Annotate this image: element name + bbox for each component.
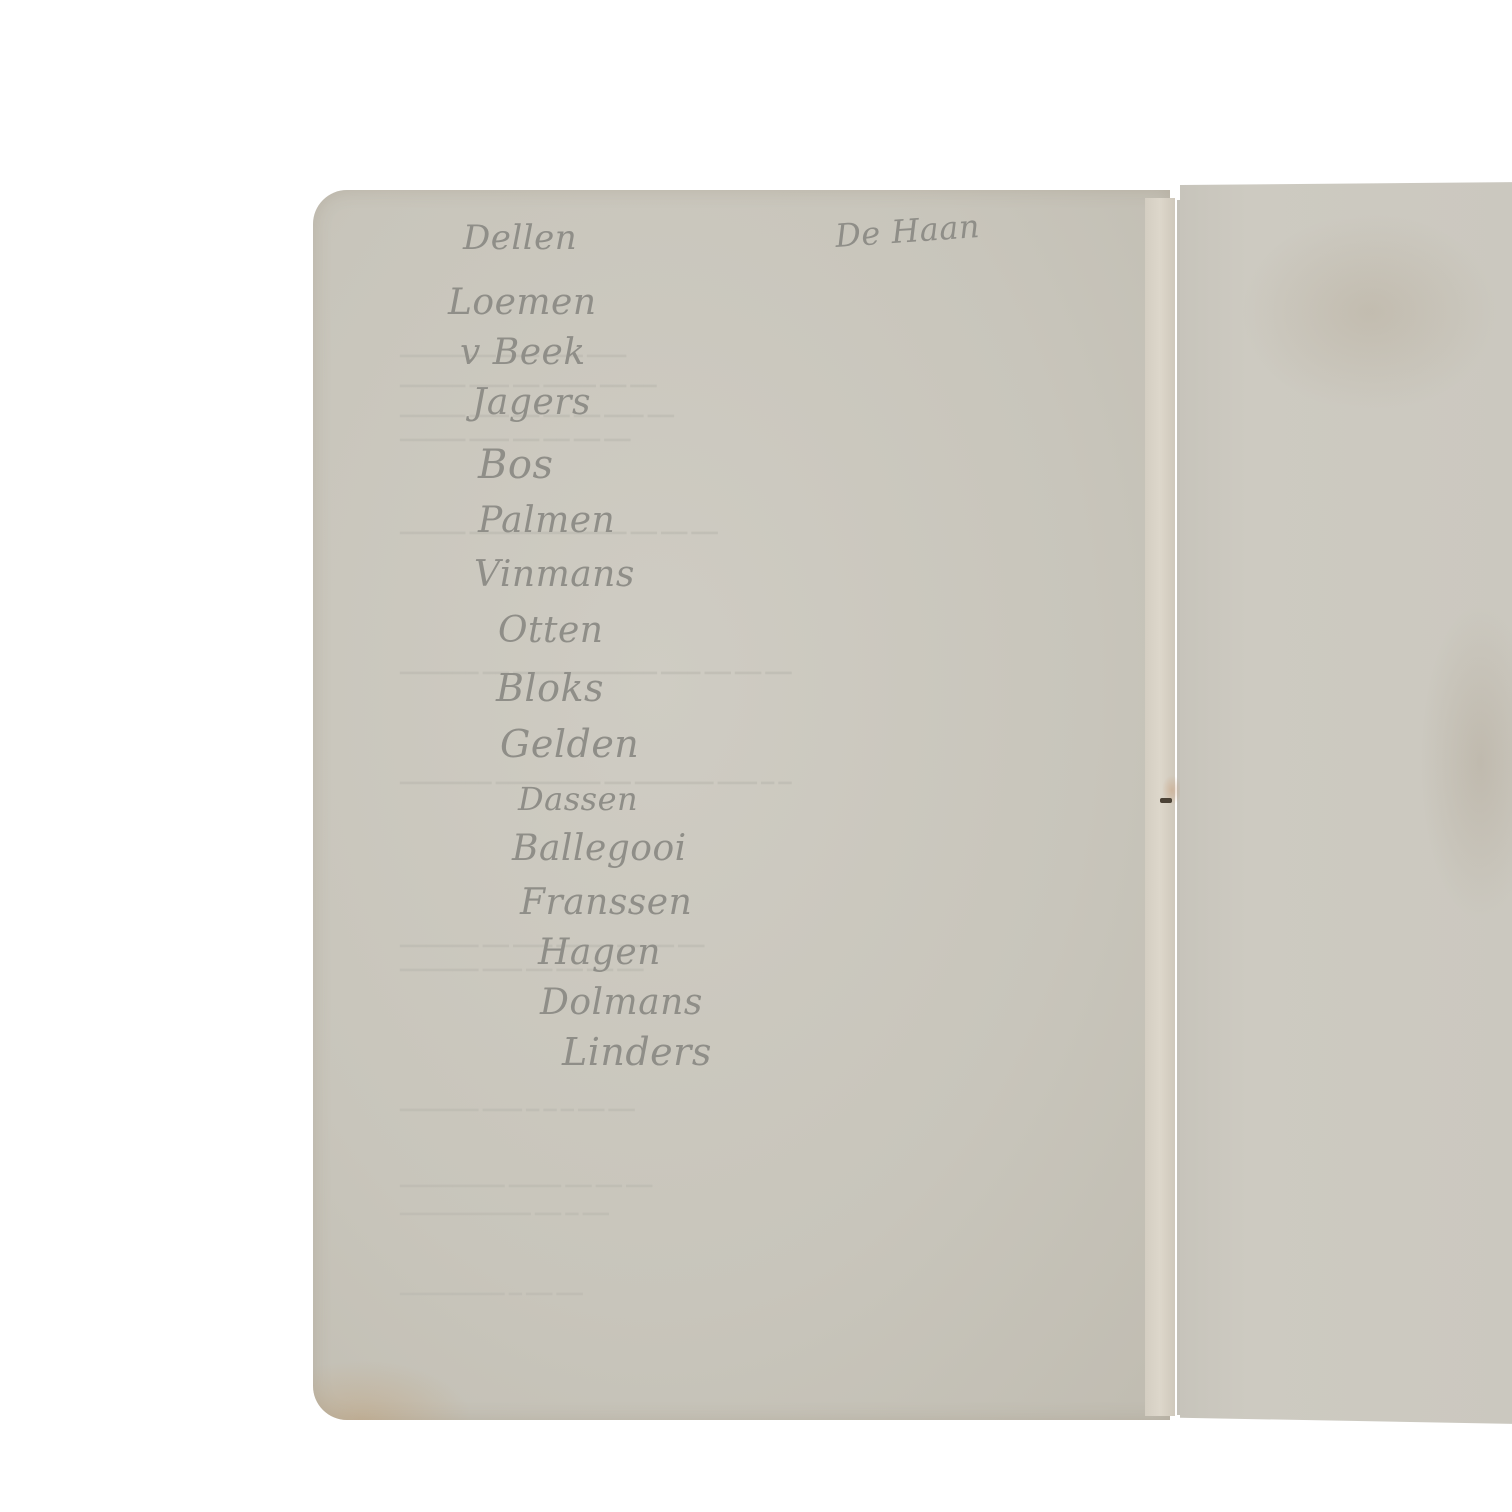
handwritten-name: Ballegooi	[512, 828, 687, 869]
handwritten-name: Bos	[478, 442, 554, 488]
spine-fold	[1177, 200, 1180, 1415]
handwritten-name: Franssen	[520, 882, 692, 923]
handwritten-name: Dolmans	[540, 982, 703, 1023]
handwritten-name: Linders	[562, 1030, 712, 1074]
handwritten-name: Bloks	[496, 666, 604, 710]
handwritten-name: v Beek	[460, 332, 586, 373]
page-gutter	[1145, 198, 1175, 1416]
handwritten-name: Jagers	[472, 382, 591, 423]
showthrough-text: ▁▁▁▁▁▁▁▁ ▁▁▁▁ ▁▁ ▁▁ ▁▁	[400, 1168, 652, 1188]
handwritten-name: Otten	[498, 610, 603, 651]
handwritten-name: Hagen	[538, 932, 661, 973]
handwritten-name: Dellen	[463, 218, 577, 258]
right-page	[1180, 182, 1512, 1424]
handwritten-name: Vinmans	[474, 554, 635, 595]
showthrough-text: ▁▁▁▁▁ ▁▁▁ ▁▁ ▁▁ ▁▁ ▁▁	[400, 422, 630, 442]
staple	[1160, 798, 1172, 803]
handwritten-name: Dassen	[518, 780, 638, 818]
showthrough-text: ▁▁▁▁▁▁▁▁▁▁ ▁▁ ▁ ▁▁	[400, 1196, 609, 1216]
handwritten-name: Loemen	[448, 282, 597, 323]
showthrough-text: ▁▁▁▁▁▁ ▁▁▁ ▁ ▁ ▁ ▁▁ ▁▁	[400, 1092, 635, 1112]
showthrough-text: ▁▁▁▁▁▁▁▁ ▁ ▁▁ ▁▁	[400, 1276, 583, 1296]
handwritten-name: Gelden	[500, 722, 639, 766]
handwritten-name: Palmen	[478, 500, 615, 541]
